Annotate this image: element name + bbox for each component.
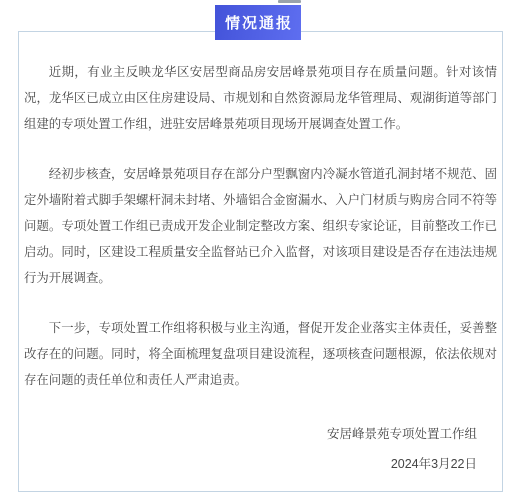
notice-title-badge: 情况通报 <box>215 5 301 40</box>
notice-paragraph-3: 下一步，专项处置工作组将积极与业主沟通，督促开发企业落实主体责任，妥善整改存在的… <box>24 315 497 393</box>
signature-date: 2024年3月22日 <box>24 449 477 479</box>
signature-org: 安居峰景苑专项处置工作组 <box>24 419 477 449</box>
notice-paragraph-2: 经初步核查，安居峰景苑项目存在部分户型飘窗内冷凝水管道孔洞封堵不规范、固定外墙附… <box>24 161 497 291</box>
notice-paragraph-1: 近期，有业主反映龙华区安居型商品房安居峰景苑项目存在质量问题。针对该情况，龙华区… <box>24 59 497 137</box>
notice-title: 情况通报 <box>223 12 293 33</box>
notice-box: 近期，有业主反映龙华区安居型商品房安居峰景苑项目存在质量问题。针对该情况，龙华区… <box>18 31 503 492</box>
top-edge-artifact <box>278 0 301 3</box>
notice-page: 情况通报 近期，有业主反映龙华区安居型商品房安居峰景苑项目存在质量问题。针对该情… <box>0 0 516 500</box>
signature-block: 安居峰景苑专项处置工作组 2024年3月22日 <box>24 419 497 479</box>
